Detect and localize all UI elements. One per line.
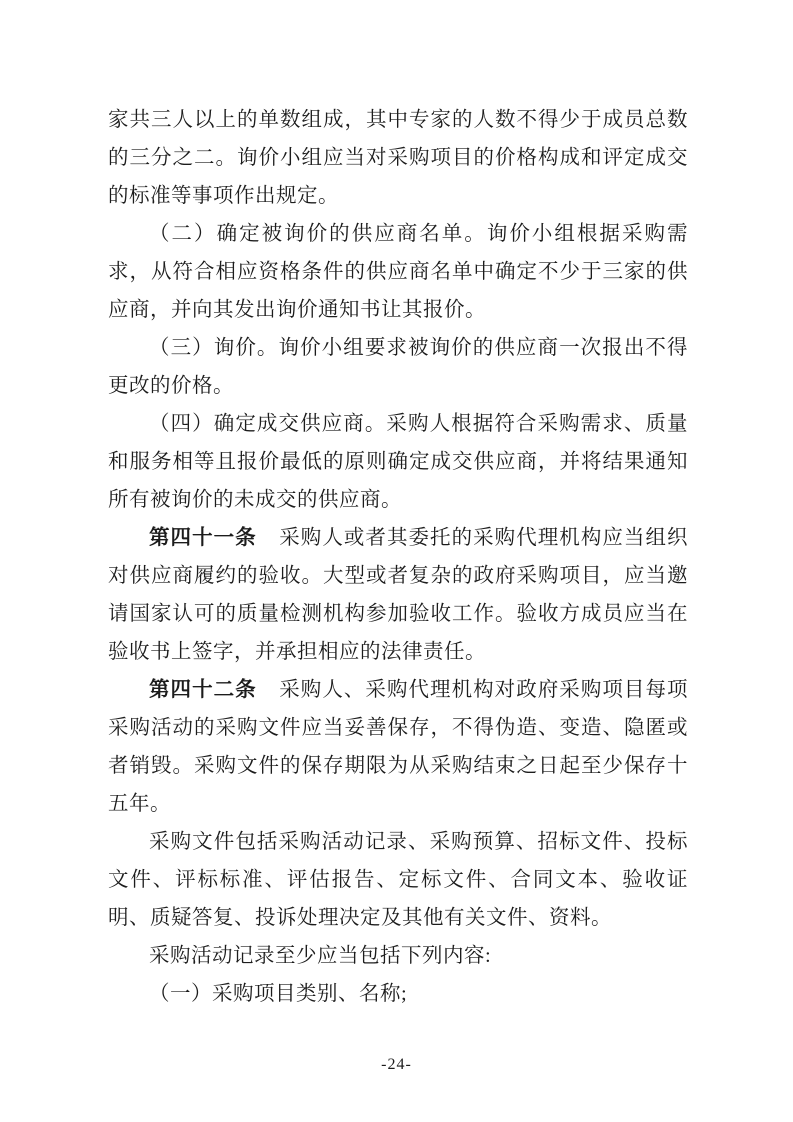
article-41-number: 第四十一条 — [149, 527, 257, 549]
paragraph-article-42: 第四十二条采购人、采购代理机构对政府采购项目每项采购活动的采购文件应当妥善保存，… — [108, 671, 688, 823]
paragraph-record-item-1: （一）采购项目类别、名称; — [108, 975, 688, 1013]
paragraph-item-4: （四）确定成交供应商。采购人根据符合采购需求、质量和服务相等且报价最低的原则确定… — [108, 405, 688, 519]
document-body: 家共三人以上的单数组成，其中专家的人数不得少于成员总数的三分之二。询价小组应当对… — [108, 101, 688, 1013]
paragraph-item-3: （三）询价。询价小组要求被询价的供应商一次报出不得更改的价格。 — [108, 329, 688, 405]
paragraph-item-2: （二）确定被询价的供应商名单。询价小组根据采购需求，从符合相应资格条件的供应商名… — [108, 215, 688, 329]
paragraph-record-intro: 采购活动记录至少应当包括下列内容: — [108, 937, 688, 975]
paragraph-article-41: 第四十一条采购人或者其委托的采购代理机构应当组织对供应商履约的验收。大型或者复杂… — [108, 519, 688, 671]
document-page: 家共三人以上的单数组成，其中专家的人数不得少于成员总数的三分之二。询价小组应当对… — [0, 0, 793, 1122]
paragraph-procurement-files: 采购文件包括采购活动记录、采购预算、招标文件、投标文件、评标标准、评估报告、定标… — [108, 823, 688, 937]
page-number: -24- — [0, 1056, 793, 1074]
paragraph-continuation: 家共三人以上的单数组成，其中专家的人数不得少于成员总数的三分之二。询价小组应当对… — [108, 101, 688, 215]
article-42-number: 第四十二条 — [149, 679, 257, 701]
